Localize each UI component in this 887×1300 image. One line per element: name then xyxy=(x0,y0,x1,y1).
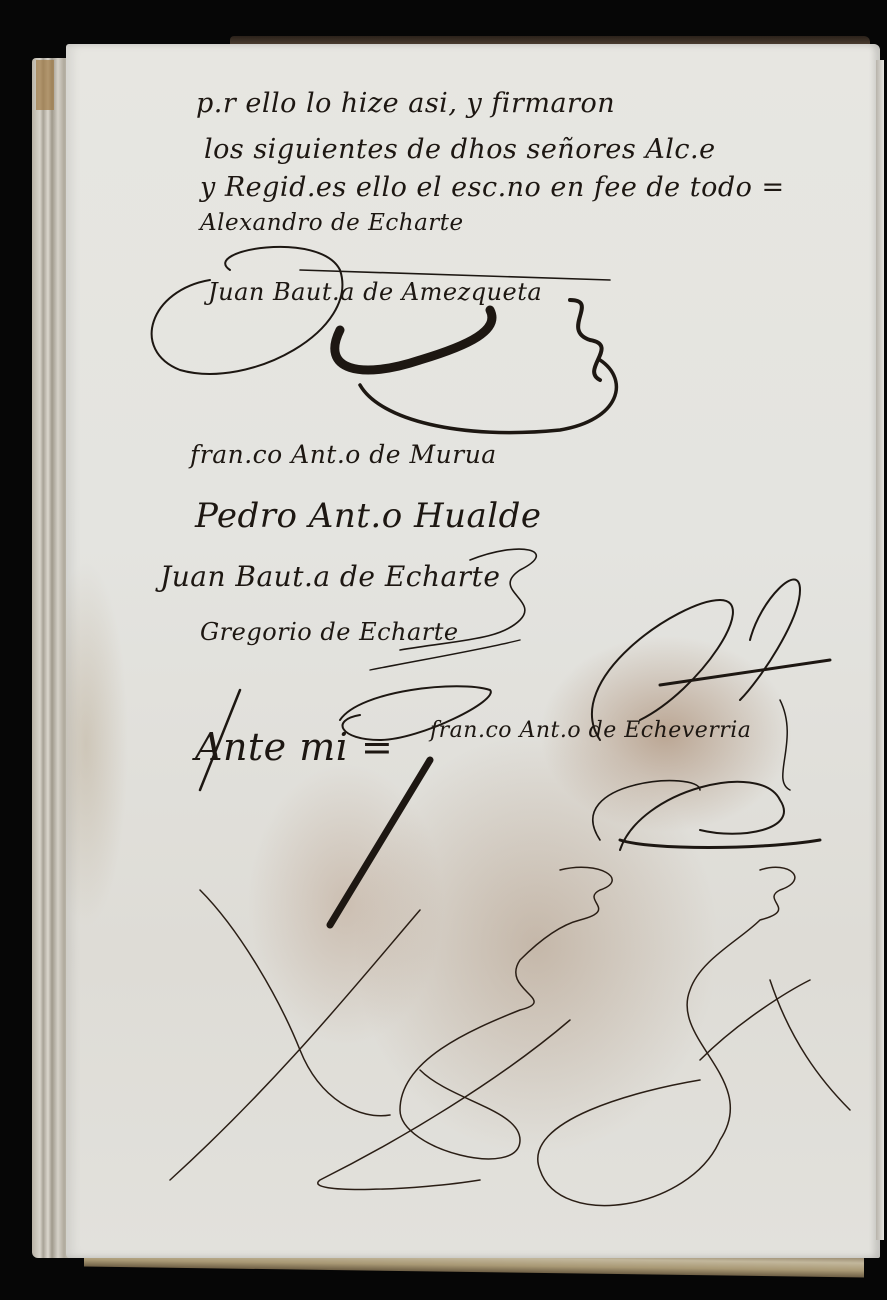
signature-juan-bautista-amezqueta: Juan Baut.a de Amezqueta xyxy=(208,278,542,306)
signature-juan-bautista-echarte: Juan Baut.a de Echarte xyxy=(160,560,500,593)
signature-alexandro-echarte: Alexandro de Echarte xyxy=(200,210,464,236)
signature-ante-mi: Ante mi = xyxy=(195,725,393,769)
signature-gregorio-echarte: Gregorio de Echarte xyxy=(200,618,459,646)
binding-tab xyxy=(36,60,54,110)
text-line-1: p.r ello lo hize asi, y firmaron xyxy=(196,88,615,119)
manuscript-page xyxy=(66,44,880,1258)
text-line-2: los siguientes de dhos señores Alc.e xyxy=(204,134,716,165)
right-page-gutter xyxy=(876,60,884,1240)
scan-stage: p.r ello lo hize asi, y firmaron los sig… xyxy=(0,0,887,1300)
signature-francisco-antonio-murua: fran.co Ant.o de Murua xyxy=(190,440,497,469)
signature-pedro-antonio-hualde: Pedro Ant.o Hualde xyxy=(195,496,542,536)
signature-francisco-antonio-echeverria: fran.co Ant.o de Echeverria xyxy=(430,718,751,743)
text-line-3: y Regid.es ello el esc.no en fee de todo… xyxy=(200,172,785,203)
